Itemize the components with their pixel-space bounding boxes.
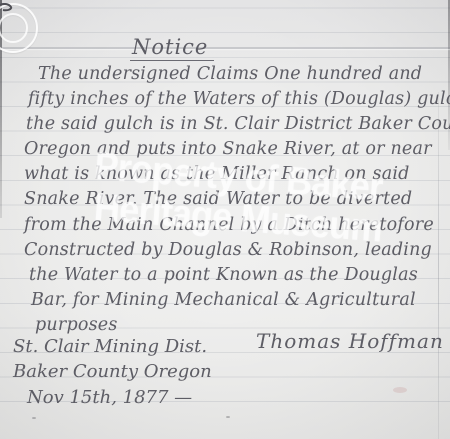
document-title: Notice bbox=[130, 35, 214, 61]
embossed-seal-inner-ring bbox=[0, 13, 28, 43]
signature: Thomas Hoffman bbox=[256, 329, 444, 353]
paper-smudge bbox=[393, 387, 407, 393]
horizontal-crease bbox=[0, 47, 450, 49]
handwritten-line: what is known as the Miller Ranch on sai… bbox=[24, 162, 450, 187]
closing-district-line: St. Clair Mining Dist. bbox=[13, 336, 207, 357]
handwritten-line: from the Main Channel by a Ditch heretof… bbox=[24, 213, 450, 238]
handwritten-line: The undersigned Claims One hundred and bbox=[24, 62, 450, 87]
handwritten-line: Bar, for Mining Mechanical & Agricultura… bbox=[24, 288, 450, 313]
paper-speck bbox=[32, 417, 36, 419]
closing-date-line: Nov 15th, 1877 — bbox=[27, 387, 192, 408]
handwritten-line: Oregon and puts into Snake River, at or … bbox=[24, 137, 450, 162]
handwritten-line: fifty inches of the Waters of this (Doug… bbox=[24, 87, 450, 112]
scanned-document-page: Notice The undersigned Claims One hundre… bbox=[0, 0, 450, 439]
handwritten-line: the Water to a point Known as the Dougla… bbox=[24, 263, 450, 288]
handwritten-line: the said gulch is in St. Clair District … bbox=[24, 112, 450, 137]
closing-county-line: Baker County Oregon bbox=[13, 361, 212, 382]
handwritten-line: Snake River. The said Water to be divert… bbox=[24, 187, 450, 212]
corner-ink-mark bbox=[0, 0, 16, 12]
paper-speck bbox=[226, 416, 230, 418]
document-body: The undersigned Claims One hundred and f… bbox=[24, 62, 450, 338]
handwritten-line: Constructed by Douglas & Robinson, leadi… bbox=[24, 238, 450, 263]
